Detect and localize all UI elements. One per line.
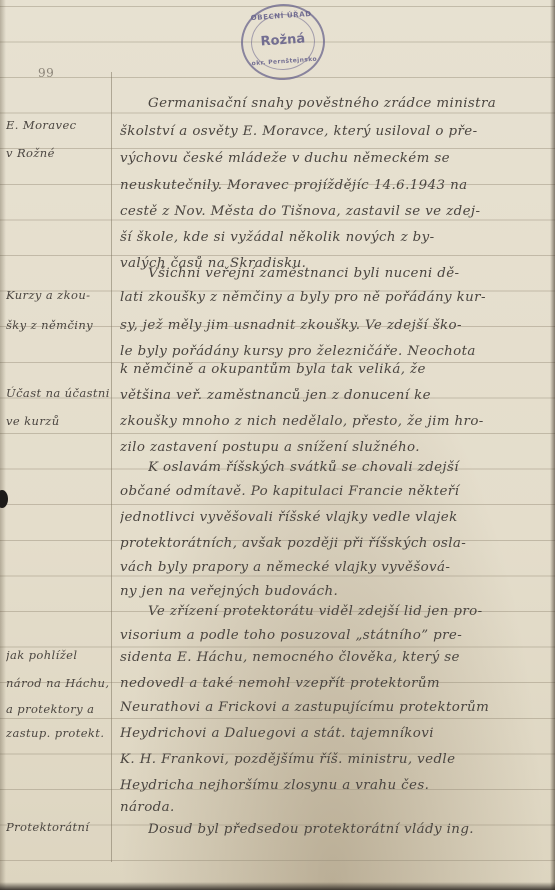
page-bottom-edge xyxy=(0,882,555,890)
body-line: národa. xyxy=(120,800,540,815)
margin-note-line: Kurzy a zkou- xyxy=(6,288,110,302)
margin-note-line: E. Moravec xyxy=(6,118,110,132)
body-line: Heydricha nejhoršímu zlosynu a vrahu čes… xyxy=(120,778,540,793)
body-line: nedovedl a také nemohl vzepřít protektor… xyxy=(120,676,540,691)
body-line: Neurathovi a Frickovi a zastupujícímu pr… xyxy=(120,700,540,715)
body-line: Ve zřízení protektorátu viděl zdejší lid… xyxy=(148,604,555,619)
body-line: Dosud byl předsedou protektorátní vlády … xyxy=(148,822,555,837)
body-line: K oslavám říšských svátků se chovali zde… xyxy=(148,460,555,475)
body-line: zilo zastavení postupu a snížení služnéh… xyxy=(120,440,540,455)
ink-blot xyxy=(0,490,8,508)
body-line: sidenta E. Háchu, nemocného člověka, kte… xyxy=(120,650,540,665)
body-line: občané odmítavě. Po kapitulaci Francie n… xyxy=(120,484,540,499)
stamp-center-text: Rožná xyxy=(242,30,323,51)
page-left-edge xyxy=(0,0,6,890)
stamp-top-text: OBECNÍ ÚŘAD xyxy=(241,9,321,23)
body-line: le byly pořádány kursy pro železničáře. … xyxy=(120,344,540,359)
body-line: cestě z Nov. Města do Tišnova, zastavil … xyxy=(120,204,540,219)
body-line: sy, jež měly jim usnadnit zkoušky. Ve zd… xyxy=(120,318,540,333)
page-right-edge xyxy=(550,0,555,890)
stamp-bottom-text: okr. Pernštejnsko xyxy=(244,55,324,68)
margin-note-line: ve kurzů xyxy=(6,414,110,428)
body-line: ny jen na veřejných budovách. xyxy=(120,584,540,599)
margin-note-line: jak pohlížel xyxy=(6,648,110,662)
body-line: většina veř. zaměstnanců jen z donucení … xyxy=(120,388,540,403)
body-line: Germanisační snahy pověstného zrádce min… xyxy=(148,96,555,111)
margin-note-line: národ na Háchu, xyxy=(6,676,110,690)
body-line: vách byly prapory a německé vlajky vyvěš… xyxy=(120,560,540,575)
page-number: 99 xyxy=(38,66,54,80)
margin-note-line: Protektorátní xyxy=(6,820,110,834)
body-line: školství a osvěty E. Moravce, který usil… xyxy=(120,124,540,139)
body-line: K. H. Frankovi, pozdějšímu říš. ministru… xyxy=(120,752,540,767)
body-line: zkoušky mnoho z nich nedělalo, přesto, ž… xyxy=(120,414,540,429)
body-line: visorium a podle toho posuzoval „státníh… xyxy=(120,628,540,643)
body-line: neuskutečnily. Moravec projíždějíc 14.6.… xyxy=(120,178,540,193)
margin-note-line: zastup. protekt. xyxy=(6,726,110,740)
municipal-stamp: OBECNÍ ÚŘAD Rožná okr. Pernštejnsko xyxy=(238,1,327,83)
body-line: Heydrichovi a Daluegovi a stát. tajemník… xyxy=(120,726,540,741)
body-line: výchovu české mládeže v duchu německém s… xyxy=(120,151,540,166)
body-line: protektorátních, avšak později při říšsk… xyxy=(120,536,540,551)
body-line: jednotlivci vyvěšovali říšské vlajky ved… xyxy=(120,510,540,525)
body-line: k němčině a okupantům byla tak veliká, ž… xyxy=(120,362,540,377)
chronicle-page: 99 OBECNÍ ÚŘAD Rožná okr. Pernštejnsko E… xyxy=(0,0,555,890)
margin-rule xyxy=(111,72,112,862)
margin-note-line: šky z němčiny xyxy=(6,318,110,332)
margin-note-line: v Rožné xyxy=(6,146,110,160)
body-line: lati zkoušky z němčiny a byly pro ně poř… xyxy=(120,290,540,305)
margin-note-line: Účast na účastnictví xyxy=(6,386,110,400)
margin-note-line: a protektory a xyxy=(6,702,110,716)
body-line: ší škole, kde si vyžádal několik nových … xyxy=(120,230,540,245)
body-line: Všichni veřejní zaměstnanci byli nuceni … xyxy=(148,266,555,281)
